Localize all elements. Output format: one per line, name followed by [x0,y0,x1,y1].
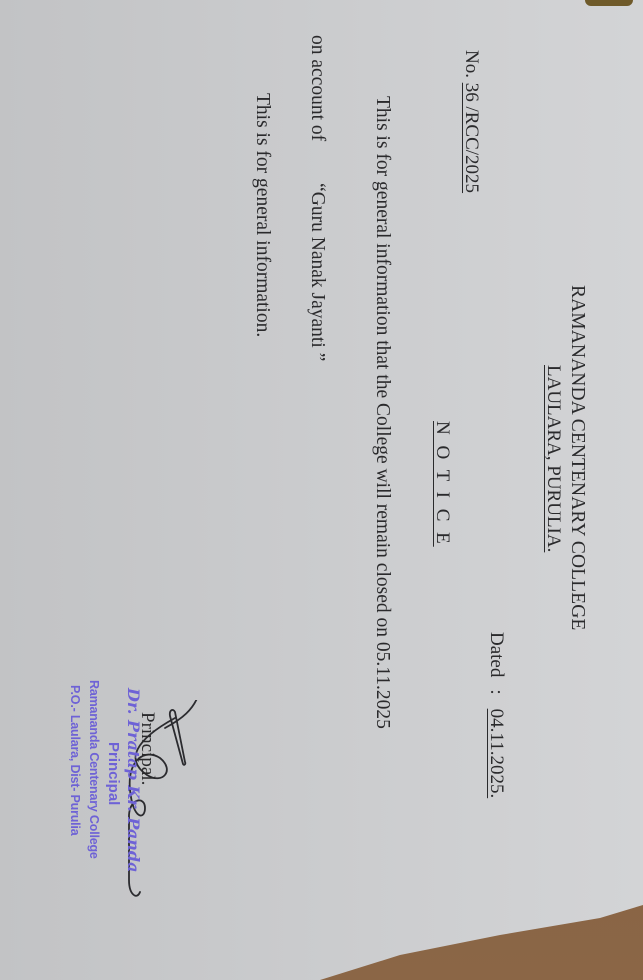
stamp-address: P.O.- Laulara, Dist- Purulia [68,685,82,835]
occasion-name: “Guru Nanak Jayanti ” [307,183,328,361]
date-line: Dated:04.11.2025. [487,632,506,798]
date-value: 04.11.2025. [486,709,507,799]
stamp-name: Dr. Pratap Kr. Panda [124,688,143,872]
reference-value: 36 /RCC/2025 [461,83,482,193]
reference-number: No. 36 /RCC/2025 [462,50,481,193]
date-label: Dated [486,632,507,677]
body-line-1: This is for general information that the… [373,96,393,729]
reference-prefix: No. [461,50,482,78]
date-separator: : [486,689,507,694]
body-line-2: on account of“Guru Nanak Jayanti ” [308,35,328,361]
body-line-3: This is for general information. [253,93,273,337]
institution-location: LAULARA, PURULIA. [544,365,563,552]
notice-document: RAMANANDA CENTENARY COLLEGE LAULARA, PUR… [0,0,643,980]
stamp-role: Principal [105,742,122,805]
notice-heading: N O T I C E [433,421,452,547]
institution-name: RAMANANDA CENTENARY COLLEGE [568,285,588,630]
stamp-institution: Ramananda Centenary College [87,680,101,859]
body-line-2-prefix: on account of [307,35,328,141]
